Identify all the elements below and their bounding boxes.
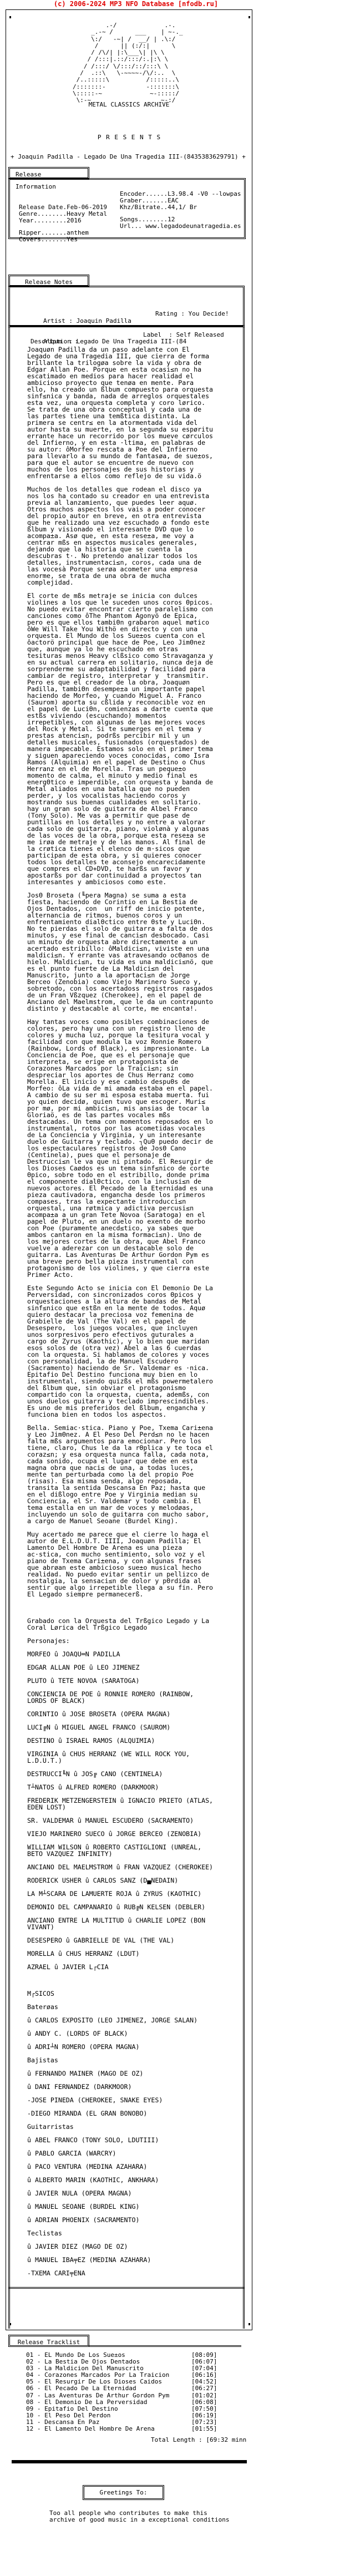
rating: Rating : You Decide!	[155, 311, 229, 318]
rating-value: You Decide!	[189, 310, 229, 317]
info-value: www.legadodeunatragedia.es	[145, 222, 241, 230]
total-length: Total Length : [69:32 minn	[151, 2436, 246, 2443]
ascii-logo: .-/ .-. _.-~ / ___ | ~-._ \:/ -~| / __/ …	[73, 22, 183, 104]
info-key: Url...	[120, 222, 145, 230]
info-key: Khz/Bitrate..	[120, 204, 168, 211]
track-title: 08 - El Demonio De La Perversidad	[26, 2398, 148, 2406]
greetings-text: Too all people who contributes to make t…	[49, 2510, 230, 2523]
info-key: Year.........	[19, 217, 67, 224]
tab-release-information: Release Information	[8, 167, 89, 179]
track-title: 05 - El Resurgir De Los Dioses Caidos	[26, 2378, 162, 2385]
release-title: + Joaquin Padilla - Legado De Una Traged…	[11, 153, 246, 160]
copyright-notice: (c) 2006-2024 MP3 NFO Database [nfodb.ru…	[0, 0, 272, 8]
track-title: 11 - Descansa En Paz	[26, 2418, 99, 2426]
track-title: 03 - La Maldicion Del Manuscrito	[26, 2365, 144, 2372]
artist-album-box: Artist : Joaquin Padilla Rating : You De…	[8, 286, 245, 327]
frame-corner-mark	[248, 2323, 250, 2325]
tracklist: 01 - EL Mundo De Los Sue±os[08:09]02 - L…	[26, 2352, 169, 2432]
track-duration: [01:55]	[191, 2426, 217, 2432]
track-title: 02 - La Bestia De Ojos Dentados	[26, 2358, 140, 2365]
info-value: Yes	[67, 236, 78, 243]
track-title: 12 - El Lamento Del Hombre De Arena	[26, 2425, 155, 2432]
track-title: 01 - EL Mundo De Los Sue±os	[26, 2351, 125, 2359]
greetings-label: Greetings To:	[99, 2489, 147, 2496]
track-duration: [01:02]	[191, 2392, 217, 2399]
presents-heading: P R E S E N T S	[6, 134, 252, 141]
release-information-grid: Release Date.Feb-06-2019Genre........Hea…	[19, 191, 107, 263]
greetings-label-box: Greetings To:	[83, 2485, 164, 2500]
track-title: 10 - El Peso Del Perdon	[26, 2412, 110, 2419]
group-name: METAL CLASSICS ARCHIVE	[6, 101, 252, 108]
info-row: Url... www.legadodeunatragedia.es	[120, 223, 241, 230]
track-row: 12 - El Lamento Del Hombre De Arena[01:5…	[26, 2426, 169, 2432]
release-information-box: Release Date.Feb-06-2019Genre........Hea…	[8, 178, 246, 239]
description-box-bottom	[8, 2287, 245, 2289]
info-key: Covers.......	[19, 236, 67, 243]
info-value: 44,1/ Br	[168, 204, 197, 211]
info-row: Covers.......Yes	[19, 236, 107, 243]
rating-label: Rating :	[155, 310, 189, 317]
info-value: 2016	[67, 217, 82, 224]
artist-value: Joaquin Padilla	[77, 317, 131, 324]
info-left-column: Release Date.Feb-06-2019Genre........Hea…	[19, 204, 107, 243]
tracklist-rule	[88, 2345, 241, 2347]
frame-corner-mark	[9, 16, 11, 18]
track-duration: [06:08]	[191, 2399, 217, 2406]
tab-release-tracklist: Release Tracklist	[8, 2335, 89, 2347]
info-right-column: Encoder......L3.98.4 -V0 --lowpasGraber.…	[120, 191, 241, 230]
description-text: Joaquøn Padilla da un paso adelante con …	[27, 346, 213, 2276]
info-row: Khz/Bitrate..44,1/ Br	[120, 204, 241, 211]
track-duration: [06:27]	[191, 2385, 217, 2392]
artist-label: Artist :	[43, 317, 77, 324]
info-row: Year.........2016	[19, 217, 107, 224]
tab-label: Release Notes	[25, 278, 73, 286]
artist-row: Artist : Joaquin Padilla Rating : You De…	[14, 311, 186, 318]
frame-corner-mark	[248, 16, 250, 18]
description-label: Description :	[31, 338, 78, 345]
tab-label: Release Tracklist	[18, 2339, 80, 2346]
track-title: 09 - Epitafio Del Destino	[26, 2405, 118, 2412]
track-title: 06 - El Pecado De La Eternidad	[26, 2385, 136, 2392]
track-title: 07 - Las Aventuras De Arthur Gordon Pym	[26, 2392, 169, 2399]
tab-release-notes: Release Notes	[8, 275, 89, 287]
track-title: 04 - Corazones Marcados Por La Traicion	[26, 2371, 169, 2379]
nfo-frame: .-/ .-. _.-~ / ___ | ~-._ \:/ -~| / __/ …	[6, 9, 252, 2330]
section-divider	[12, 2460, 247, 2463]
